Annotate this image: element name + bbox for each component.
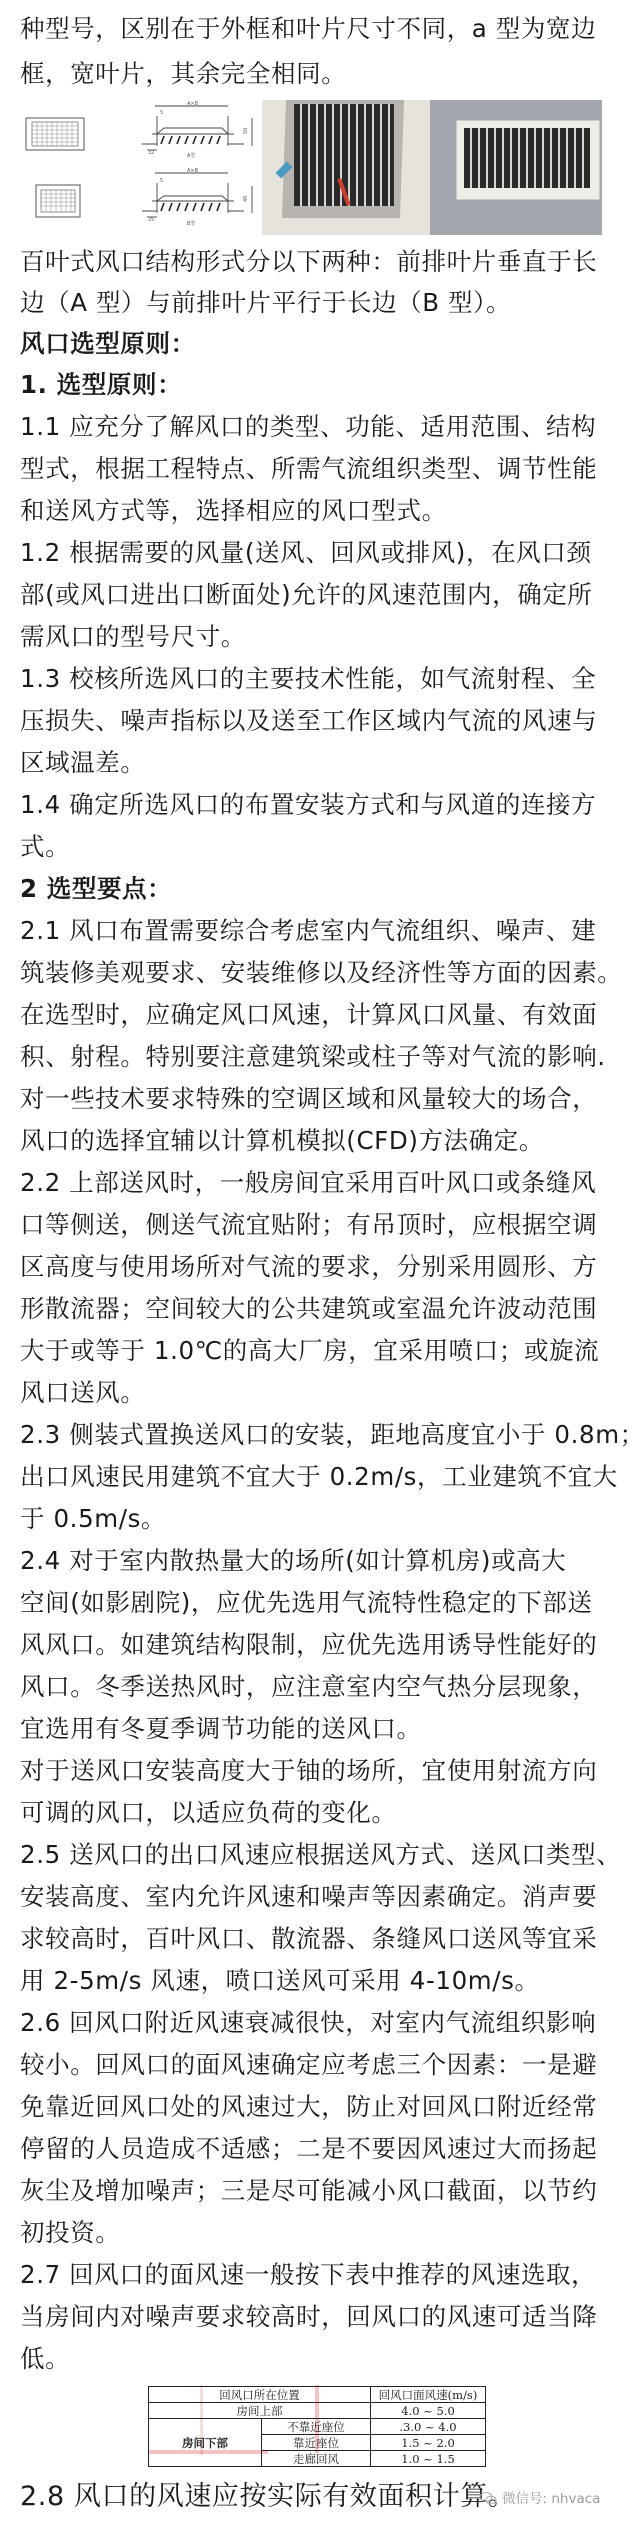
para-2-3-line: 于 0.5m/s。 [20, 1500, 166, 1538]
para-2-5-line: 安装高度、室内允许风速和噪声等因素确定。消声要 [20, 1878, 597, 1916]
para-1-4-line: 式。 [20, 828, 70, 866]
svg-text:40: 40 [243, 196, 249, 202]
para-2-2-line: 2.2 上部送风时，一般房间宜采用百叶风口或条缝风 [20, 1164, 596, 1202]
svg-text:A×B: A×B [187, 101, 199, 107]
table-cell-value: 1.0 ~ 1.5 [371, 2451, 486, 2467]
para-1-3-line: 区域温差。 [20, 744, 146, 782]
para-1-3-line: 压损失、噪声指标以及送至工作区域内气流的风速与 [20, 702, 597, 740]
svg-text:A×B: A×B [187, 168, 199, 174]
para-2-2-line: 口等侧送，侧送气流宜贴附；有吊顶时，应根据空调 [20, 1206, 597, 1244]
table-header-position: 回风口所在位置 [149, 2387, 371, 2403]
para-2-4-line: 风口。冬季送热风时，应注意室内空气热分层现象， [20, 1668, 597, 1706]
para-1-2-line: 部(或风口进出口断面处)允许的风速范围内，确定所 [20, 576, 593, 614]
intro-line-2: 框，宽叶片，其余完全相同。 [20, 55, 346, 93]
svg-text:32: 32 [148, 150, 154, 156]
square-grille-photo [262, 100, 430, 235]
figure-strip: A×B 5 50 32 A型 A×B 5 40 25 B型 [0, 100, 636, 240]
para-2-8: 2.8 风口的风速应按实际有效面积计算。 [20, 2478, 516, 2516]
subsection-1-title: 1. 选型原则： [20, 366, 182, 404]
para-2-1-line: 积、射程。特别要注意建筑梁或柱子等对气流的影响. [20, 1038, 606, 1076]
watermark: 微信号: nhvaca [478, 2487, 600, 2507]
table-row: 房间下部 不靠近座位 .3.0 ~ 4.0 [149, 2419, 486, 2435]
para-2-1-line: 对一些技术要求特殊的空调区域和风量较大的场合， [20, 1080, 597, 1118]
para-2-2-line: 区高度与使用场所对气流的要求，分别采用圆形、方 [20, 1248, 597, 1286]
para-1-1-line: 型式，根据工程特点、所需气流组织类型、调节性能 [20, 450, 597, 488]
para-2-2-line: 风口送风。 [20, 1374, 146, 1412]
subsection-2-title: 2 选型要点： [20, 870, 172, 908]
para-2-7-line: 2.7 回风口的面风速一般按下表中推荐的风速选取， [20, 2256, 596, 2294]
section-title: 风口选型原则： [20, 325, 196, 363]
para-1-2-line: 需风口的型号尺寸。 [20, 618, 246, 656]
para-2-6-line: 初投资。 [20, 2214, 120, 2252]
para-1-3-line: 1.3 校核所选风口的主要技术性能，如气流射程、全 [20, 660, 596, 698]
para-2-6-line: 2.6 回风口附近风速衰减很快，对室内气流组织影响 [20, 2004, 596, 2042]
para-2-4-line: 对于送风口安装高度大于铀的场所，宜使用射流方向 [20, 1752, 597, 1790]
svg-text:25: 25 [148, 217, 154, 223]
para-2-5-line: 2.5 送风口的出口风速应根据送风方式、送风口类型、 [20, 1836, 621, 1874]
para-2-6-line: 停留的人员造成不适感；二是不要因风速过大而扬起 [20, 2130, 597, 2168]
rectangular-grille-photo [430, 100, 602, 235]
para-2-1-line: 2.1 风口布置需要综合考虑室内气流组织、噪声、建 [20, 912, 596, 950]
para-2-3-line: 出口风速民用建筑不宜大于 0.2m/s，工业建筑不宜大 [20, 1458, 618, 1496]
para-2-4-line: 2.4 对于室内散热量大的场所(如计算机房)或高大 [20, 1542, 566, 1580]
para-2-4-line: 空间(如影剧院)，应优先选用气流特性稳定的下部送 [20, 1584, 593, 1622]
para-2-6-line: 免靠近回风口处的风速过大，防止对回风口附近经常 [20, 2088, 597, 2126]
para-2-5-line: 求较高时，百叶风口、散流器、条缝风口送风等宜采 [20, 1920, 597, 1958]
louver-desc-line-1: 百叶式风口结构形式分以下两种：前排叶片垂直于长 [20, 243, 597, 281]
svg-text:50: 50 [243, 128, 249, 134]
watermark-text: 微信号: nhvaca [502, 2491, 600, 2507]
para-2-7-line: 低。 [20, 2340, 70, 2378]
para-2-1-line: 风口的选择宜辅以计算机模拟(CFD)方法确定。 [20, 1122, 544, 1160]
louver-section-diagram: A×B 5 50 32 A型 A×B 5 40 25 B型 [12, 100, 257, 235]
svg-text:A型: A型 [187, 152, 195, 159]
table-cell-value: 1.5 ~ 2.0 [371, 2435, 486, 2451]
para-1-1-line: 1.1 应充分了解风口的类型、功能、适用范围、结构 [20, 408, 596, 446]
table-cell-value: 4.0 ~ 5.0 [371, 2403, 486, 2419]
para-2-1-line: 在选型时，应确定风口风速，计算风口风量、有效面 [20, 996, 597, 1034]
para-2-1-line: 筑装修美观要求、安装维修以及经济性等方面的因素。 [20, 954, 622, 992]
svg-text:5: 5 [160, 110, 163, 116]
louver-desc-line-2: 边（A 型）与前排叶片平行于长边（B 型）。 [20, 284, 511, 322]
para-2-4-line: 宜选用有冬夏季调节功能的送风口。 [20, 1710, 422, 1748]
table-cell-label: 走廊回风 [262, 2451, 371, 2467]
table-group-label: 房间下部 [149, 2419, 262, 2467]
wechat-icon [478, 2491, 498, 2505]
svg-text:B型: B型 [187, 220, 195, 227]
para-1-4-line: 1.4 确定所选风口的布置安装方式和与风道的连接方 [20, 786, 596, 824]
para-2-6-line: 灰尘及增加噪声；三是尽可能减小风口截面，以节约 [20, 2172, 597, 2210]
table-cell-label: 房间上部 [149, 2403, 371, 2419]
para-2-4-line: 风风口。如建筑结构限制，应优先选用诱导性能好的 [20, 1626, 597, 1664]
para-2-7-line: 当房间内对噪声要求较高时，回风口的风速可适当降 [20, 2298, 597, 2336]
para-1-2-line: 1.2 根据需要的风量(送风、回风或排风)，在风口颈 [20, 534, 591, 572]
table-header-speed: 回风口面风速(m/s) [371, 2387, 486, 2403]
svg-text:5: 5 [160, 178, 163, 184]
return-air-speed-table: 回风口所在位置 回风口面风速(m/s) 房间上部 4.0 ~ 5.0 房间下部 … [148, 2386, 486, 2467]
para-2-2-line: 大于或等于 1.0℃的高大厂房，宜采用喷口；或旋流 [20, 1332, 599, 1370]
intro-line-1: 种型号，区别在于外框和叶片尺寸不同，a 型为宽边 [20, 10, 596, 48]
para-2-4-line: 可调的风口，以适应负荷的变化。 [20, 1794, 397, 1832]
table-row: 房间上部 4.0 ~ 5.0 [149, 2403, 486, 2419]
table-cell-label: 不靠近座位 [262, 2419, 371, 2435]
table-cell-value: .3.0 ~ 4.0 [371, 2419, 486, 2435]
para-2-2-line: 形散流器；空间较大的公共建筑或室温允许波动范围 [20, 1290, 597, 1328]
para-2-6-line: 较小。回风口的面风速确定应考虑三个因素：一是避 [20, 2046, 597, 2084]
table-cell-label: 靠近座位 [262, 2435, 371, 2451]
para-2-3-line: 2.3 侧装式置换送风口的安装，距地高度宜小于 0.8m； [20, 1416, 636, 1454]
para-2-5-line: 用 2-5m/s 风速，喷口送风可采用 4-10m/s。 [20, 1962, 540, 2000]
para-1-1-line: 和送风方式等，选择相应的风口型式。 [20, 492, 447, 530]
